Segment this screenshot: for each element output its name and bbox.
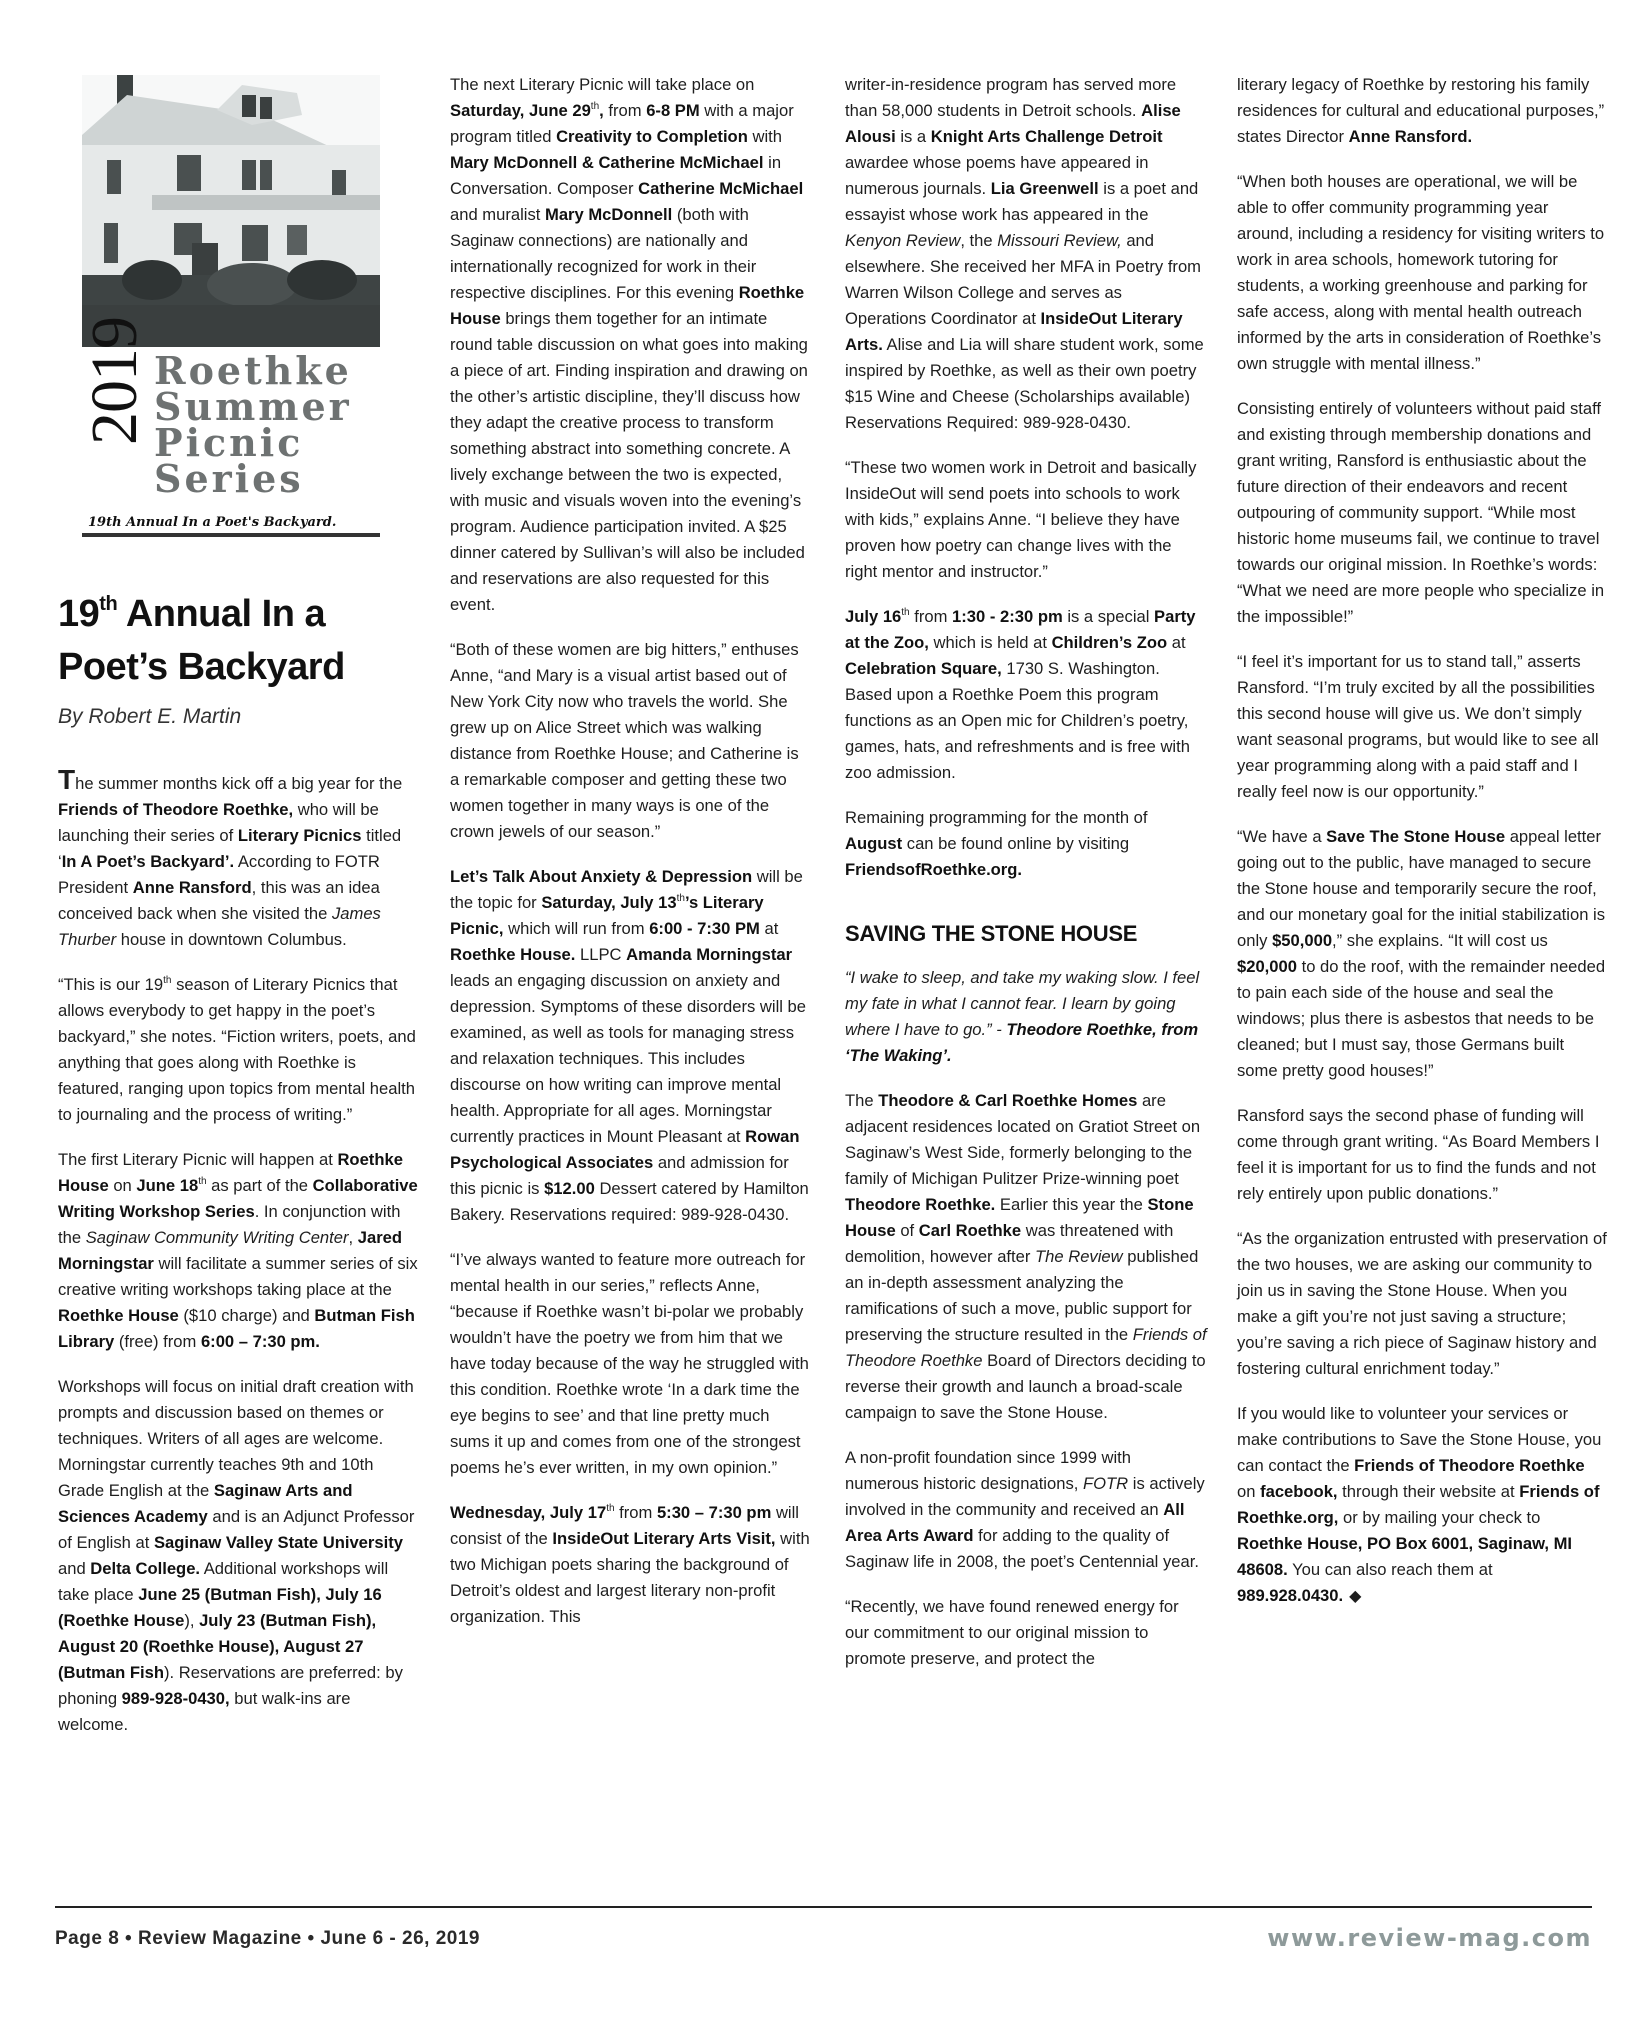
price: $12.00 bbox=[544, 1179, 595, 1198]
paragraph: “We have a Save The Stone House appeal l… bbox=[1237, 824, 1607, 1084]
footer-divider bbox=[55, 1906, 1592, 1908]
paragraph: The next Literary Picnic will take place… bbox=[450, 72, 812, 618]
paragraph: literary legacy of Roethke by restoring … bbox=[1237, 72, 1607, 150]
text-bold: Saturday, July 13 bbox=[541, 893, 676, 912]
text: is a bbox=[896, 127, 931, 146]
text: at bbox=[760, 919, 778, 938]
facebook-link[interactable]: facebook, bbox=[1260, 1482, 1337, 1501]
text-bold: Roethke House bbox=[58, 1306, 179, 1325]
paragraph: Remaining programming for the month of A… bbox=[845, 805, 1207, 883]
paragraph: Workshops will focus on initial draft cr… bbox=[58, 1374, 418, 1738]
text: as part of the bbox=[207, 1176, 313, 1195]
text-bold: In A Poet’s Backyard’. bbox=[62, 852, 234, 871]
text-bold: August bbox=[845, 834, 902, 853]
text: and muralist bbox=[450, 205, 545, 224]
page-folio: Page 8 • Review Magazine • June 6 - 26, … bbox=[55, 1928, 480, 1950]
text-bold: InsideOut Literary Arts Visit, bbox=[552, 1529, 775, 1548]
paragraph: “As the organization entrusted with pres… bbox=[1237, 1226, 1607, 1382]
text-bold: Catherine McMichael bbox=[638, 179, 803, 198]
article-column-4: literary legacy of Roethke by restoring … bbox=[1237, 72, 1607, 1629]
text: brings them together for an intimate rou… bbox=[450, 309, 808, 614]
end-mark-icon: ◆ bbox=[1349, 1588, 1361, 1605]
logo-word: Series bbox=[154, 461, 352, 497]
amount: $20,000 bbox=[1237, 957, 1297, 976]
website-link[interactable]: FriendsofRoethke.org. bbox=[845, 860, 1022, 879]
drop-cap: T bbox=[58, 764, 75, 795]
text: or by mailing your check to bbox=[1338, 1508, 1540, 1527]
text: from bbox=[910, 607, 952, 626]
ordinal: th bbox=[677, 893, 685, 904]
paragraph: The first Literary Picnic will happen at… bbox=[58, 1147, 418, 1355]
paragraph: “These two women work in Detroit and bas… bbox=[845, 455, 1207, 585]
text: from bbox=[604, 101, 646, 120]
text: season of Literary Picnics that allows e… bbox=[58, 975, 416, 1124]
text-bold: Saginaw Valley State University bbox=[154, 1533, 403, 1552]
headline-ordinal: th bbox=[99, 593, 117, 615]
text-bold: Carl Roethke bbox=[919, 1221, 1021, 1240]
text: ($10 charge) and bbox=[179, 1306, 315, 1325]
text: which will run from bbox=[504, 919, 650, 938]
text: “This is our 19 bbox=[58, 975, 163, 994]
logo-divider bbox=[82, 533, 380, 537]
logo-tagline: 19th Annual In a Poet's Backyard. bbox=[88, 515, 378, 530]
paragraph: July 16th from 1:30 - 2:30 pm is a speci… bbox=[845, 604, 1207, 786]
ordinal: th bbox=[591, 101, 599, 112]
text-bold: June 18 bbox=[136, 1176, 198, 1195]
text-bold: Theodore Roethke. bbox=[845, 1195, 995, 1214]
ordinal: th bbox=[901, 607, 909, 618]
text-italic: Saginaw Community Writing Center bbox=[86, 1228, 349, 1247]
text: The bbox=[845, 1091, 878, 1110]
text: through their website at bbox=[1338, 1482, 1520, 1501]
text: with bbox=[748, 127, 782, 146]
picnic-series-logo: 2019 Roethke Summer Picnic Series 19th A… bbox=[82, 347, 380, 537]
text-bold: Lia Greenwell bbox=[991, 179, 1099, 198]
poem-quote: “I wake to sleep, and take my waking slo… bbox=[845, 965, 1207, 1069]
text: writer-in-residence program has served m… bbox=[845, 75, 1176, 120]
text: and bbox=[58, 1559, 90, 1578]
article-column-3: writer-in-residence program has served m… bbox=[845, 72, 1207, 1691]
text: on bbox=[1237, 1482, 1260, 1501]
text-bold: Friends of Theodore Roethke bbox=[1354, 1456, 1585, 1475]
text-bold: Anne Ransford. bbox=[1349, 127, 1473, 146]
paragraph: “Recently, we have found renewed energy … bbox=[845, 1594, 1207, 1672]
text-bold: Children’s Zoo bbox=[1052, 633, 1168, 652]
paragraph: Wednesday, July 17th from 5:30 – 7:30 pm… bbox=[450, 1500, 812, 1630]
paragraph: If you would like to volunteer your serv… bbox=[1237, 1401, 1607, 1610]
text: , bbox=[349, 1228, 358, 1247]
paragraph: Consisting entirely of volunteers withou… bbox=[1237, 396, 1607, 630]
text-italic: The Review bbox=[1035, 1247, 1123, 1266]
text: house in downtown Columbus. bbox=[116, 930, 347, 949]
text-bold: Knight Arts Challenge Detroit bbox=[931, 127, 1163, 146]
text-bold: July 16 bbox=[845, 607, 901, 626]
logo-words: Roethke Summer Picnic Series bbox=[154, 353, 352, 497]
paragraph: “When both houses are operational, we wi… bbox=[1237, 169, 1607, 377]
text: The first Literary Picnic will happen at bbox=[58, 1150, 337, 1169]
text-bold: Anne Ransford bbox=[133, 878, 252, 897]
paragraph: “Both of these women are big hitters,” e… bbox=[450, 637, 812, 845]
text-bold: 1:30 - 2:30 pm bbox=[952, 607, 1063, 626]
paragraph: A non-profit foundation since 1999 with … bbox=[845, 1445, 1207, 1575]
text: You can also reach them at bbox=[1288, 1560, 1493, 1579]
text-bold: Let’s Talk About Anxiety & Depression bbox=[450, 867, 752, 886]
headline-number: 19 bbox=[58, 593, 99, 635]
text-bold: Amanda Morningstar bbox=[626, 945, 792, 964]
text: (free) from bbox=[114, 1332, 201, 1351]
paragraph: Let’s Talk About Anxiety & Depression wi… bbox=[450, 864, 812, 1228]
phone-number: 989-928-0430, bbox=[122, 1689, 230, 1708]
text: The next Literary Picnic will take place… bbox=[450, 75, 754, 94]
article-headline: 19th Annual In a Poet’s Backyard bbox=[58, 588, 418, 694]
text: at bbox=[1167, 633, 1185, 652]
text: LLPC bbox=[575, 945, 626, 964]
text: Remaining programming for the month of bbox=[845, 808, 1148, 827]
text-bold: Mary McDonnell bbox=[545, 205, 672, 224]
text: “We have a bbox=[1237, 827, 1326, 846]
text-bold: Delta College. bbox=[90, 1559, 200, 1578]
text-italic: Missouri Review, bbox=[997, 231, 1122, 250]
paragraph: The Theodore & Carl Roethke Homes are ad… bbox=[845, 1088, 1207, 1426]
paragraph: “This is our 19th season of Literary Pic… bbox=[58, 972, 418, 1128]
text: is a special bbox=[1063, 607, 1154, 626]
ordinal: th bbox=[606, 1503, 614, 1514]
text: from bbox=[615, 1503, 657, 1522]
text-bold: Roethke House. bbox=[450, 945, 575, 964]
hero-image-block: 2019 Roethke Summer Picnic Series 19th A… bbox=[82, 75, 380, 537]
paragraph: The summer months kick off a big year fo… bbox=[58, 770, 418, 953]
text-bold: 6-8 PM bbox=[646, 101, 699, 120]
text: on bbox=[109, 1176, 137, 1195]
text-bold: Mary McDonnell & Catherine McMichael bbox=[450, 153, 764, 172]
roethke-house-photo bbox=[82, 75, 380, 347]
text: he summer months kick off a big year for… bbox=[75, 774, 402, 793]
logo-year: 2019 bbox=[82, 317, 148, 445]
paragraph: “I’ve always wanted to feature more outr… bbox=[450, 1247, 812, 1481]
text-bold: 6:00 - 7:30 PM bbox=[649, 919, 760, 938]
section-heading: SAVING THE STONE HOUSE bbox=[845, 919, 1207, 949]
article-column-1: The summer months kick off a big year fo… bbox=[58, 770, 418, 1757]
text-bold: 5:30 – 7:30 pm bbox=[657, 1503, 771, 1522]
phone-number: 989.928.0430. bbox=[1237, 1586, 1343, 1605]
text-bold: Creativity to Completion bbox=[556, 127, 748, 146]
paragraph: “I feel it’s important for us to stand t… bbox=[1237, 649, 1607, 805]
article-column-2: The next Literary Picnic will take place… bbox=[450, 72, 812, 1649]
text-bold: 6:00 – 7:30 pm. bbox=[201, 1332, 320, 1351]
text-bold: Celebration Square, bbox=[845, 659, 1002, 678]
text: Earlier this year the bbox=[995, 1195, 1147, 1214]
text: which is held at bbox=[929, 633, 1052, 652]
text: ,” she explains. “It will cost us bbox=[1332, 931, 1548, 950]
paragraph: writer-in-residence program has served m… bbox=[845, 72, 1207, 436]
text: can be found online by visiting bbox=[902, 834, 1129, 853]
text-bold: Theodore & Carl Roethke Homes bbox=[878, 1091, 1137, 1110]
text-italic: Kenyon Review bbox=[845, 231, 960, 250]
text-bold: Wednesday, July 17 bbox=[450, 1503, 606, 1522]
text-bold: Saturday, June 29 bbox=[450, 101, 591, 120]
text-bold: Save The Stone House bbox=[1326, 827, 1505, 846]
amount: $50,000 bbox=[1272, 931, 1332, 950]
text: , the bbox=[960, 231, 997, 250]
text-italic: FOTR bbox=[1083, 1474, 1128, 1493]
text-bold: Literary Picnics bbox=[238, 826, 362, 845]
text: Alise and Lia will share student work, s… bbox=[845, 335, 1204, 432]
ordinal: th bbox=[198, 1176, 206, 1187]
paragraph: Ransford says the second phase of fundin… bbox=[1237, 1103, 1607, 1207]
text: of bbox=[896, 1221, 919, 1240]
text-bold: Friends of Theodore Roethke, bbox=[58, 800, 293, 819]
house-illustration bbox=[82, 75, 380, 347]
magazine-url[interactable]: www.review-mag.com bbox=[1267, 1924, 1592, 1952]
text: leads an engaging discussion on anxiety … bbox=[450, 971, 806, 1146]
text: ), bbox=[184, 1611, 199, 1630]
byline: By Robert E. Martin bbox=[58, 705, 241, 729]
